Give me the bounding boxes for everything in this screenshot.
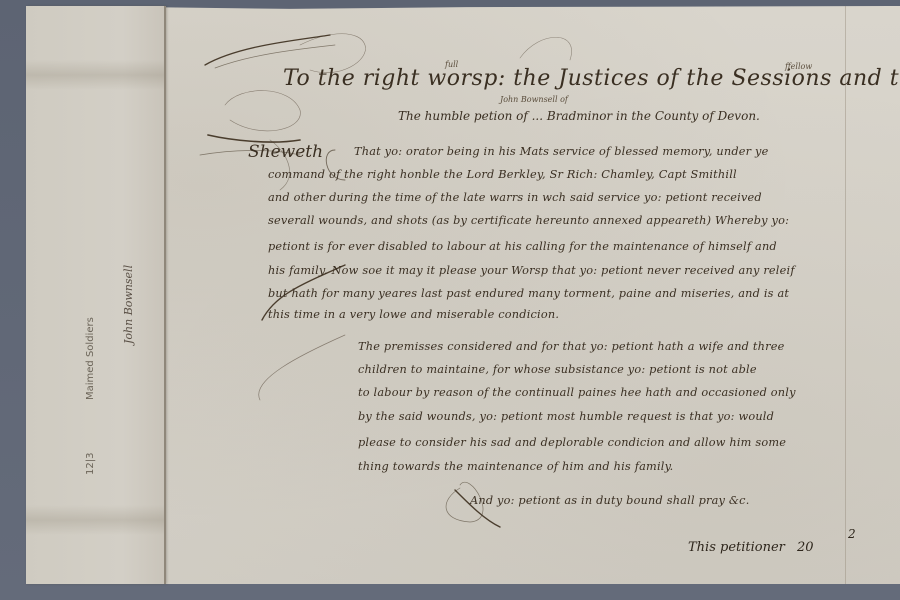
- paragraph-1-line: and other during the time of the late wa…: [268, 191, 762, 204]
- fold-crease-right: [845, 6, 846, 584]
- paragraph-1-line: his family. Now soe it may it please you…: [268, 264, 795, 277]
- paragraph-1-line: That yo: orator being in his Mats servic…: [354, 145, 769, 158]
- closing-prayer-line: And yo: petiont as in duty bound shall p…: [470, 494, 749, 507]
- endorsement-amount: 20: [797, 540, 814, 555]
- paragraph-2-line: to labour by reason of the continuall pa…: [358, 386, 796, 399]
- paragraph-2-line: by the said wounds, yo: petiont most hum…: [358, 410, 774, 423]
- endorsement-superscript: 2: [848, 527, 856, 541]
- endorsement-text: This petitioner: [688, 540, 785, 555]
- interlinear-insertion: full: [445, 60, 458, 69]
- interlinear-petitioner-name: John Bownsell of: [500, 95, 568, 104]
- paragraph-1-line: petiont is for ever disabled to labour a…: [268, 240, 777, 253]
- paragraph-1-line: command of the right honble the Lord Ber…: [268, 168, 737, 181]
- petition-subheading: The humble petion of ... Bradminor in th…: [398, 109, 760, 123]
- paragraph-1-line: this time in a very lowe and miserable c…: [268, 308, 559, 321]
- paragraph-2-line: children to maintaine, for whose subsist…: [358, 363, 757, 376]
- paragraph-2-line: thing towards the maintenance of him and…: [358, 460, 673, 473]
- pencil-category-note: Maimed Soldiers: [85, 317, 96, 400]
- paragraph-1-line: but hath for many yeares last past endur…: [268, 287, 789, 300]
- archival-reference-number: 12|3: [85, 453, 96, 475]
- margin-name-annotation: John Bownsell: [122, 265, 135, 344]
- opening-word-sheweth: Sheweth: [248, 142, 323, 162]
- fold-stain: [26, 505, 164, 535]
- folded-left-flap: [26, 6, 166, 584]
- paragraph-1-line: severall wounds, and shots (as by certif…: [268, 214, 789, 227]
- endorsement-note: This petitioner 20: [688, 540, 814, 555]
- fold-stain: [26, 60, 164, 90]
- paragraph-2-line: The premisses considered and for that yo…: [358, 340, 785, 353]
- interlinear-insertion: ffellow: [785, 62, 812, 71]
- paragraph-2-line: please to consider his sad and deplorabl…: [358, 436, 786, 449]
